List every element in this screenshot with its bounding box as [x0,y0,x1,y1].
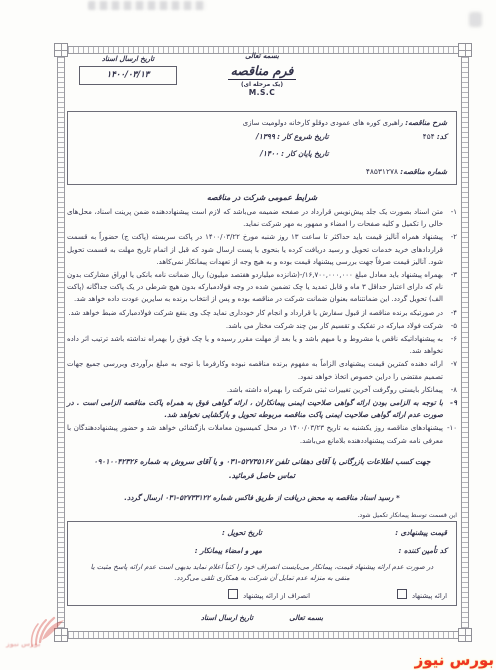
scanned-tender-document: بسمه تعالی فرم مناقصه (یک مرحله ای) M.S.… [0,0,496,670]
contact-info: جهت کسب اطلاعات بازرگانی با آقای دهقانی … [67,455,457,483]
contractor-fill-note: این قسمت توسط پیمانکار تکمیل شود. [67,512,457,519]
send-date-label: تاریخ ارسال اسناد [79,55,177,63]
condition-item-1: ۱- متن اسناد بصورت یک جلد پیش‌نویس قرارد… [67,206,457,230]
bid-form-grid: قیمت پیشنهادی : تاریخ تحویل : کد تأمین ک… [77,528,447,555]
end-date-label: تاریخ پایان کار : [281,149,328,158]
tender-code-label: کد: [437,132,447,141]
border-left [57,52,65,633]
item-number: ۲- [443,231,457,268]
item-number: ۵- [443,320,457,332]
condition-item-10: ۱۰- پیشنهادهای مناقصه روز یکشنبه به تاری… [67,422,457,446]
seal-signature-label: مهر و امضاء پیمانکار : [77,546,262,555]
withdraw-option: انصراف از ارائه پیشنهاد [77,589,310,600]
item-number: ۳- [443,269,457,306]
item-number: ۴- [443,307,457,319]
guarantee-amount: -/۱۶,۷۰۰,۰۰۰,۰۰۰ [300,271,353,279]
item-text: با توجه به الزامی بودن ارائه گواهی صلاحی… [67,397,443,421]
item-number: ۸- [443,384,457,396]
start-date-cell: تاریخ شروع کار : ۱۳۹۹/ [77,132,329,141]
scan-smudge-top-right [469,12,482,27]
condition-item-6: ۶- به پیشنهاداتیکه ناقص یا مشروط و یا مب… [67,333,457,357]
item-text: در صورتیکه برنده مناقصه از قبول سفارش یا… [67,307,443,319]
item-number: ۷- [443,358,457,382]
border-bottom [63,631,463,639]
empty-cell [329,149,447,158]
tender-number-row: شماره مناقصه: ۴۸۵۳۱۲۷۸ [77,167,447,176]
tender-info-box: شرح مناقصه: راهبری کوره های عمودی دوقلو … [67,111,457,185]
delivery-date-label: تاریخ تحویل : [77,528,262,537]
border-corner [458,628,472,642]
document-footer: بسمه تعالی تاریخ ارسال اسناد [67,614,457,622]
send-date-block: تاریخ ارسال اسناد ۱۴۰۰/۰۳/۱۳ [79,55,177,85]
supplier-code-label: کد تأمین کننده : [262,546,447,555]
tender-number-value: ۴۸۵۳۱۲۷۸ [366,167,398,176]
bid-form-box: قیمت پیشنهادی : تاریخ تحویل : کد تأمین ک… [67,521,457,606]
item-number: ۱۰- [443,422,457,446]
start-date-value: ۱۳۹۹/ [256,132,275,141]
item-text: پیمانکار بایستی روگرفت آخرین تغییرات ثبت… [67,384,443,396]
item-text: بهمراه پیشنهاد باید معادل مبلغ -/۱۶,۷۰۰,… [67,269,443,306]
withdraw-checkbox [228,589,238,599]
withdrawal-note: در صورت عدم ارائه پیشنهاد قیمت، پیمانکار… [77,562,447,584]
send-date-label-bottom: تاریخ ارسال اسناد [201,614,253,622]
item-text: ارائه دهنده کمترین قیمت پیشنهادی الزاماً… [67,358,443,382]
bismillah-bottom: بسمه تعالی [289,614,323,622]
tender-code-cell: کد: ۴۵۴ [329,132,447,141]
item-text-pre: بهمراه پیشنهاد باید معادل مبلغ [353,271,443,279]
item-number: ۶- [443,333,457,357]
conditions-title: شرایط عمومی شرکت در مناقصه [67,193,457,202]
bourse-news-watermark: بورس نیوز [415,651,494,669]
contact-line-2: تماس حاصل فرمائید. [67,469,457,483]
tender-description-value: راهبری کوره های عمودی دوقلو کارخانه دولو… [243,119,403,127]
item-number: ۹- [443,397,457,421]
border-right [461,52,469,633]
item-text: متن اسناد بصورت یک جلد پیش‌نویس قرارداد … [67,206,443,230]
tender-number-label: شماره مناقصه: [400,167,447,176]
fax-note: * رسید اسناد مناقصه به محض دریافت از طری… [67,493,457,502]
scan-smudge-top [88,1,206,10]
red-stamp-logo [2,606,76,658]
offer-option: ارائه پیشنهاد [310,589,447,600]
checkbox-row: ارائه پیشنهاد انصراف از ارائه پیشنهاد [77,589,447,600]
end-date-value: ۱۴۰۰/ [260,149,279,158]
condition-item-7: ۷- ارائه دهنده کمترین قیمت پیشنهادی الزا… [67,358,457,382]
condition-item-8: ۸- پیمانکار بایستی روگرفت آخرین تغییرات … [67,384,457,396]
offer-checkbox [397,589,407,599]
tender-description-label: شرح مناقصه: [405,118,447,127]
withdraw-checkbox-label: انصراف از ارائه پیشنهاد [243,592,310,600]
contact-line: جهت کسب اطلاعات بازرگانی با آقای دهقانی … [67,455,457,469]
send-date-box: ۱۴۰۰/۰۳/۱۳ [79,66,177,85]
condition-item-3: ۳- بهمراه پیشنهاد باید معادل مبلغ -/۱۶,۷… [67,269,457,306]
red-stamp-text: بورس نیوز [6,640,40,648]
document-header: بسمه تعالی فرم مناقصه (یک مرحله ای) M.S.… [67,52,457,109]
item-text: پیشنهادهای مناقصه روز یکشنبه به تاریخ ۱۴… [67,422,443,446]
tender-code-value: ۴۵۴ [423,132,435,141]
tender-description-row: شرح مناقصه: راهبری کوره های عمودی دوقلو … [77,118,447,127]
item-text: شرکت فولاد مبارکه در تفکیک و تقسیم کار ب… [67,320,443,332]
condition-item-2: ۲- پیشنهاد همراه آنالیز قیمت باید حداکثر… [67,231,457,268]
item-text: پیشنهاد همراه آنالیز قیمت باید حداکثر تا… [67,231,443,268]
start-date-label: تاریخ شروع کار : [277,132,329,141]
document-content: بسمه تعالی فرم مناقصه (یک مرحله ای) M.S.… [67,52,457,622]
conditions-list: ۱- متن اسناد بصورت یک جلد پیش‌نویس قرارد… [67,206,457,447]
border-corner [458,43,472,57]
item-text: به پیشنهاداتیکه ناقص یا مشروط و یا مبهم … [67,333,443,357]
item-number: ۱- [443,206,457,230]
condition-item-9: ۹- با توجه به الزامی بودن ارائه گواهی صل… [67,397,457,421]
end-date-cell: تاریخ پایان کار : ۱۴۰۰/ [77,149,329,158]
condition-item-4: ۴- در صورتیکه برنده مناقصه از قبول سفارش… [67,307,457,319]
offer-checkbox-label: ارائه پیشنهاد [412,592,447,600]
form-code: M.S.C [67,88,457,97]
page-title: فرم مناقصه [228,63,297,80]
condition-item-5: ۵- شرکت فولاد مبارکه در تفکیک و تقسیم کا… [67,320,457,332]
tender-dates-grid: کد: ۴۵۴ تاریخ شروع کار : ۱۳۹۹/ تاریخ پای… [77,132,447,158]
bid-price-label: قیمت پیشنهادی : [262,528,447,537]
border-corner [54,43,68,57]
